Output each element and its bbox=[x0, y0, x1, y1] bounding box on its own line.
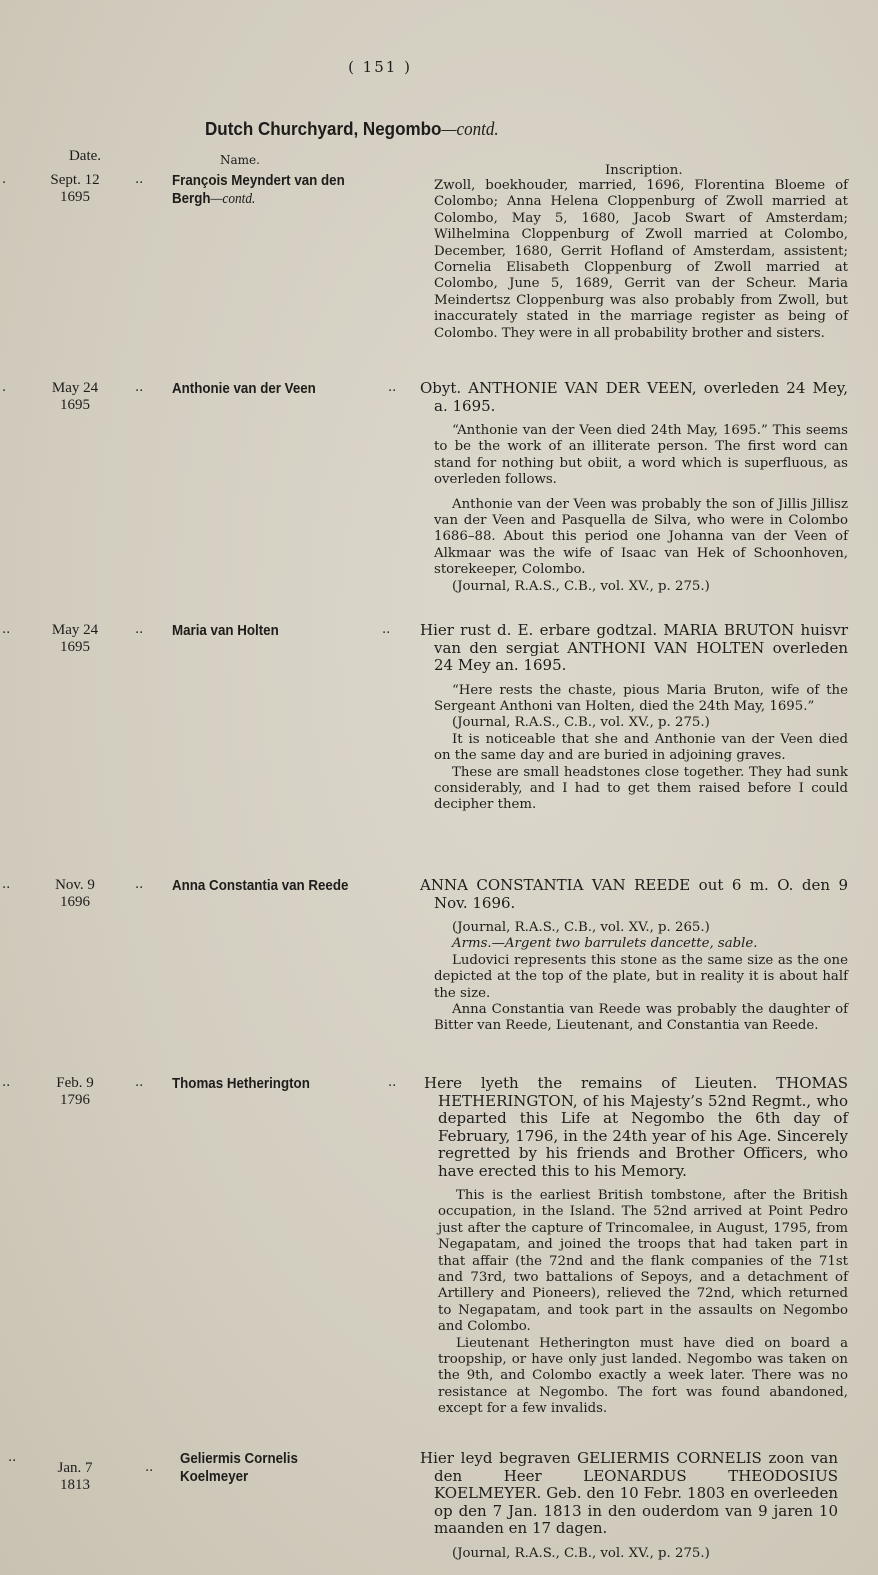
entry-inscription: Hier leyd begraven GELIERMIS CORNELIS zo… bbox=[420, 1450, 838, 1562]
entry-name: Anthonie van der Veen bbox=[172, 380, 384, 398]
book-page: ( 151 ) Dutch Churchyard, Negombo—contd.… bbox=[0, 0, 878, 1575]
inscription-original: Hier leyd begraven GELIERMIS CORNELIS zo… bbox=[434, 1450, 838, 1538]
inscription-original: Here lyeth the remains of Lieuten. THOMA… bbox=[438, 1075, 848, 1180]
page-number: ( 151 ) bbox=[0, 58, 760, 76]
entry-date: Nov. 91696 bbox=[36, 877, 114, 911]
entry-inscription: Zwoll, boekhouder, married, 1696, Floren… bbox=[434, 178, 848, 342]
leader-dots: .. bbox=[135, 877, 143, 892]
citation: (Journal, R.A.S., C.B., vol. XV., p. 275… bbox=[434, 715, 848, 731]
note-paragraph: Anthonie van der Veen was probably the s… bbox=[434, 497, 848, 579]
leader-dots: .. bbox=[388, 1075, 396, 1090]
inscription-original: Hier rust d. E. erbare godtzal. MARIA BR… bbox=[434, 622, 848, 675]
citation: (Journal, R.A.S., C.B., vol. XV., p. 275… bbox=[434, 1546, 838, 1562]
arms-note: Arms.—Argent two barrulets dancette, sab… bbox=[434, 936, 848, 952]
leader-dots: .. bbox=[145, 1460, 153, 1475]
entry-name: Maria van Holten bbox=[172, 622, 384, 640]
entry-date: Feb. 91796 bbox=[36, 1075, 114, 1109]
entry-date: Sept. 121695 bbox=[36, 172, 114, 206]
inscription-text: Zwoll, boekhouder, married, 1696, Floren… bbox=[434, 178, 848, 342]
leader-dots: . bbox=[2, 380, 6, 395]
leader-dots: .. bbox=[135, 380, 143, 395]
entry-name: Geliermis Cornelis Koelmeyer bbox=[180, 1450, 355, 1486]
inscription-original: Obyt. ANTHONIE VAN DER VEEN, overleden 2… bbox=[434, 380, 848, 415]
citation: (Journal, R.A.S., C.B., vol. XV., p. 275… bbox=[434, 579, 848, 595]
note-paragraph: Lieutenant Hetherington must have died o… bbox=[438, 1336, 848, 1418]
leader-dots: .. bbox=[2, 1075, 10, 1090]
entry-name: François Meyndert van den Bergh—contd. bbox=[172, 172, 384, 208]
entry-inscription: Obyt. ANTHONIE VAN DER VEEN, overleden 2… bbox=[420, 380, 848, 595]
note-paragraph: Anna Constantia van Reede was probably t… bbox=[434, 1002, 848, 1035]
note-paragraph: It is noticeable that she and Anthonie v… bbox=[434, 732, 848, 765]
inscription-translation: “Anthonie van der Veen died 24th May, 16… bbox=[434, 423, 848, 489]
entry-date: May 241695 bbox=[36, 622, 114, 656]
leader-dots: . bbox=[2, 172, 6, 187]
note-paragraph: These are small headstones close togethe… bbox=[434, 765, 848, 814]
column-header-name: Name. bbox=[220, 153, 260, 167]
leader-dots: .. bbox=[2, 622, 10, 637]
citation: (Journal, R.A.S., C.B., vol. XV., p. 265… bbox=[434, 920, 848, 936]
column-header-inscription: Inscription. bbox=[605, 163, 878, 179]
leader-dots: .. bbox=[135, 172, 143, 187]
leader-dots: .. bbox=[135, 622, 143, 637]
page-title: Dutch Churchyard, Negombo—contd. bbox=[205, 118, 499, 141]
entry-inscription: Hier rust d. E. erbare godtzal. MARIA BR… bbox=[420, 622, 848, 814]
entry-name: Thomas Hetherington bbox=[172, 1075, 384, 1093]
entry-name: Anna Constantia van Reede bbox=[172, 877, 384, 895]
inscription-translation: “Here rests the chaste, pious Maria Brut… bbox=[434, 683, 848, 716]
leader-dots: .. bbox=[388, 380, 396, 395]
note-paragraph: This is the earliest British tombstone, … bbox=[438, 1188, 848, 1336]
entry-date: May 241695 bbox=[36, 380, 114, 414]
entry-date: Jan. 71813 bbox=[36, 1460, 114, 1494]
entry-inscription: Here lyeth the remains of Lieuten. THOMA… bbox=[424, 1075, 848, 1418]
leader-dots: .. bbox=[2, 877, 10, 892]
inscription-original: ANNA CONSTANTIA VAN REEDE out 6 m. O. de… bbox=[434, 877, 848, 912]
entry-inscription: ANNA CONSTANTIA VAN REEDE out 6 m. O. de… bbox=[420, 877, 848, 1035]
column-header-date: Date. bbox=[46, 148, 124, 165]
leader-dots: .. bbox=[8, 1450, 16, 1465]
leader-dots: .. bbox=[382, 622, 390, 637]
leader-dots: .. bbox=[135, 1075, 143, 1090]
note-paragraph: Ludovici represents this stone as the sa… bbox=[434, 953, 848, 1002]
